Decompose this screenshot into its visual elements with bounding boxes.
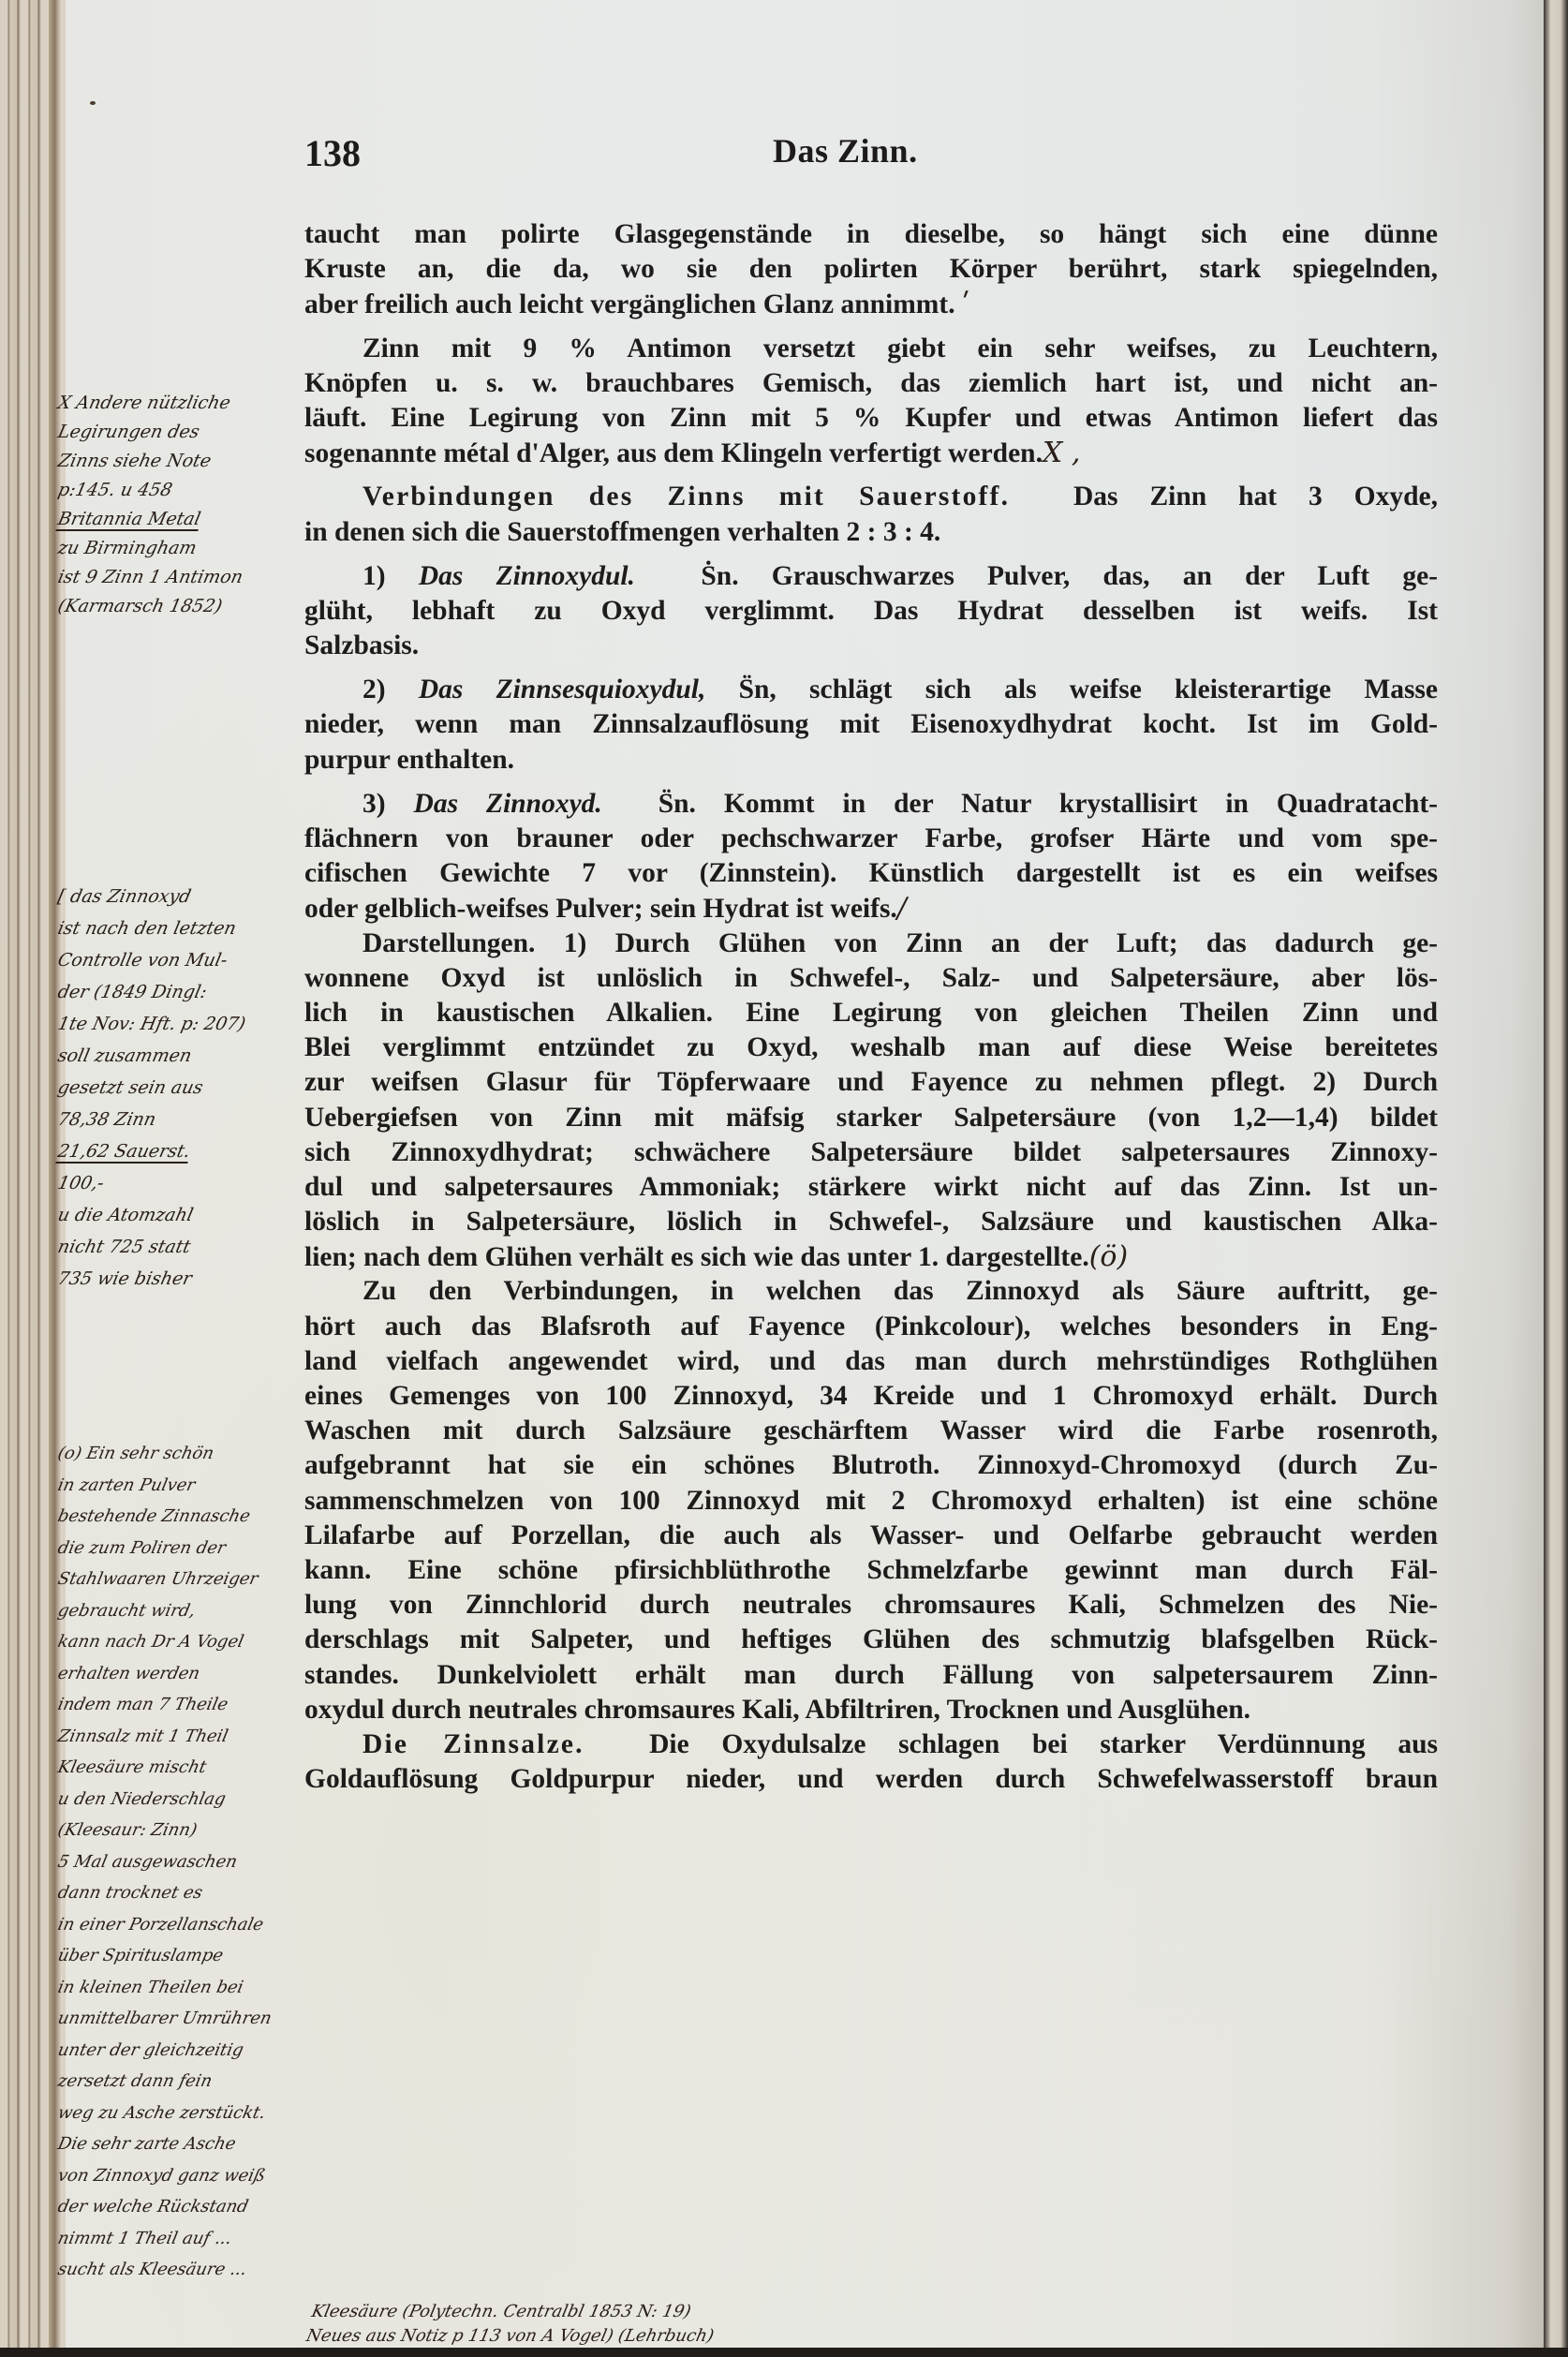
text-line: Darstellungen. 1) Durch Glühen von Zinn … [304,926,1438,961]
text-line: kann. Eine schöne pfirsichblüthrothe Sch… [304,1553,1438,1588]
text-line: in denen sich die Sauerstoffmengen verha… [304,515,1438,550]
text-fragment: lien; nach dem Glühen verhält es sich wi… [304,1242,1089,1272]
margin-note-zinnoxyd: [ das Zinnoxyd ist nach den letzten Cont… [58,881,311,1295]
note-line: erhalten werden [54,1658,314,1690]
note-line: nimmt 1 Theil auf ... [54,2223,314,2255]
note-line: [ das Zinnoxyd [54,881,314,912]
note-line: (Karmarsch 1852) [55,592,315,621]
note-line: unter der gleichzeitig [54,2035,314,2067]
note-line: (Kleesaur: Zinn) [54,1815,314,1846]
item-term: Das Zinnoxydul. [419,561,635,591]
text-fragment: aber freilich auch leicht vergänglichen … [304,289,955,319]
note-line: Zinns siehe Note [55,447,315,476]
text-line: 3) Das Zinnoxyd. S̈n. Kommt in der Natur… [304,787,1438,822]
note-line: soll zusammen [54,1040,314,1072]
text-fragment: sogenannte métal d'Alger, aus dem Klinge… [304,438,1043,468]
text-line: sich Zinnoxydhydrat; schwächere Salpeter… [304,1135,1438,1170]
text-line: 2) Das Zinnsesquioxydul, S̈n, schlägt si… [304,673,1438,707]
margin-note-footer: Kleesäure (Polytechn. Centralbl 1853 N: … [303,2300,721,2349]
note-line: (o) Ein sehr schön [54,1438,314,1470]
note-line: X Andere nützliche [55,389,315,418]
text-fragment: S̈n, schlägt sich als weifse kleisterart… [739,674,1438,704]
page-header: 138 Das Zinn. [304,131,1438,187]
note-line: sucht als Kleesäure ... [54,2254,314,2286]
text-line: lien; nach dem Glühen verhält es sich wi… [304,1239,1438,1274]
text-fragment: Die Oxydulsalze schlagen bei starker Ver… [649,1729,1438,1759]
text-line: 1) Das Zinnoxydul. Ṡn. Grauschwarzes Pul… [304,559,1438,594]
text-line: taucht man polirte Glasgegenstände in di… [304,217,1438,252]
note-line: bestehende Zinnasche [54,1501,314,1533]
text-fragment: oder gelblich-weifses Pulver; sein Hydra… [304,894,897,924]
note-line: unmittelbarer Umrühren [54,2003,314,2035]
body-text: taucht man polirte Glasgegenstände in di… [304,217,1438,1797]
note-line: Stahlwaaren Uhrzeiger [54,1564,314,1595]
note-line: Zinnsalz mit 1 Theil [54,1721,314,1753]
text-line: oder gelblich-weifses Pulver; sein Hydra… [304,891,1438,926]
note-line: gesetzt sein aus [54,1072,314,1104]
note-line: indem man 7 Theile [54,1689,314,1721]
section-heading-line: Die Zinnsalze. Die Oxydulsalze schlagen … [304,1727,1438,1762]
note-line: der (1849 Dingl: [54,976,314,1008]
note-line: 735 wie bisher [54,1263,314,1295]
note-line: ist nach den letzten [54,912,314,944]
note-line: gebraucht wird, [54,1595,314,1627]
handwritten-reference-mark: (ö) [1089,1240,1128,1273]
note-line: Legirungen des [55,418,315,447]
text-fragment: Das Zinn hat 3 Oxyde, [1073,482,1438,511]
text-line: Uebergiefsen von Zinn mit mäfsig starker… [304,1101,1438,1135]
handwritten-cross-mark: X , [1043,437,1080,469]
margin-note-legirungen: X Andere nützliche Legirungen des Zinns … [58,389,311,621]
text-line: sammenschmelzen von 100 Zinnoxyd mit 2 C… [304,1484,1438,1519]
note-line: von Zinnoxyd ganz weiß [54,2160,314,2192]
text-line: derschlags mit Salpeter, und heftiges Gl… [304,1623,1438,1657]
text-line: land vielfach angewendet wird, und das m… [304,1344,1438,1379]
item-term: Das Zinnsesquioxydul, [419,674,706,704]
section-heading: Verbindungen des Zinns mit Sauerstoff. [362,482,1010,511]
note-line: 5 Mal ausgewaschen [54,1846,314,1878]
note-line: in einer Porzellanschale [54,1909,314,1941]
text-line: lich in kaustischen Alkalien. Eine Legir… [304,996,1438,1030]
text-line: flächnern von brauner oder pechschwarzer… [304,822,1438,856]
note-line: Neues aus Notiz p 113 von A Vogel) (Lehr… [303,2324,716,2349]
text-line: Zinn mit 9 % Antimon versetzt giebt ein … [304,332,1438,366]
page-number: 138 [304,131,361,175]
text-line: oxydul durch neutrales chromsaures Kali,… [304,1693,1438,1727]
item-term: Das Zinnoxyd. [414,789,602,819]
text-line: glüht, lebhaft zu Oxyd verglimmt. Das Hy… [304,594,1438,629]
section-heading-line: Verbindungen des Zinns mit Sauerstoff. D… [304,480,1438,514]
note-line-underlined: 21,62 Sauerst. [55,1141,192,1164]
note-line: Die sehr zarte Asche [54,2128,314,2160]
item-number: 1) [362,561,386,591]
running-title: Das Zinn. [773,131,918,170]
right-page-edge [1544,0,1568,2357]
note-line: die zum Poliren der [54,1533,314,1564]
text-line: Goldauflösung Goldpurpur nieder, und wer… [304,1762,1438,1797]
note-line: zu Birmingham [55,534,315,563]
note-line-underlined: Britannia Metal [55,509,202,531]
item-number: 3) [362,789,386,819]
text-line: zur weifsen Glasur für Töpferwaare und F… [304,1065,1438,1100]
text-line: Lilafarbe auf Porzellan, die auch als Wa… [304,1519,1438,1553]
margin-note-zinnasche: (o) Ein sehr schön in zarten Pulver best… [58,1438,311,2286]
text-line: dul und salpetersaures Ammoniak; stärker… [304,1170,1438,1205]
note-line: der welche Rückstand [54,2191,314,2223]
note-line: dann trocknet es [54,1877,314,1909]
text-line: hört auch das Blafsroth auf Fayence (Pin… [304,1310,1438,1344]
text-line: Waschen mit durch Salzsäure geschärftem … [304,1414,1438,1448]
note-line: in zarten Pulver [54,1470,314,1502]
text-fragment: S̈n. Kommt in der Natur krystallisirt in… [658,789,1438,819]
text-line: standes. Dunkelviolett erhält man durch … [304,1658,1438,1693]
note-line: Kleesäure mischt [54,1752,314,1784]
item-number: 2) [362,674,386,704]
note-line: weg zu Asche zerstückt. [54,2098,314,2129]
text-line: nieder, wenn man Zinnsalzauflösung mit E… [304,707,1438,742]
note-line: u die Atomzahl [54,1199,314,1231]
text-line: aufgebrannt hat sie ein schönes Blutroth… [304,1448,1438,1483]
paper-speck [90,101,96,105]
text-line: Blei verglimmt entzündet zu Oxyd, weshal… [304,1030,1438,1065]
text-line: Zu den Verbindungen, in welchen das Zinn… [304,1274,1438,1309]
text-line: läuft. Eine Legirung von Zinn mit 5 % Ku… [304,401,1438,436]
note-line: p:145. u 458 [55,476,315,505]
text-line: aber freilich auch leicht vergänglichen … [304,287,1438,321]
text-line: wonnene Oxyd ist unlöslich in Schwefel-,… [304,961,1438,996]
text-line: purpur enthalten. [304,743,1438,778]
note-line: nicht 725 statt [54,1231,314,1263]
text-line: cifischen Gewichte 7 vor (Zinnstein). Kü… [304,856,1438,891]
note-line: über Spirituslampe [54,1940,314,1972]
note-line: zersetzt dann fein [54,2066,314,2098]
note-line: 1te Nov: Hft. p: 207) [54,1008,314,1040]
note-line: kann nach Dr A Vogel [54,1626,314,1658]
text-line: Kruste an, die da, wo sie den polirten K… [304,252,1438,287]
note-line: 100,- [54,1167,314,1199]
note-line: in kleinen Theilen bei [54,1972,314,2004]
section-heading: Die Zinnsalze. [362,1729,584,1759]
bottom-page-edge [0,2348,1568,2357]
note-line: ist 9 Zinn 1 Antimon [55,563,315,592]
text-fragment: Ṡn. Grauschwarzes Pulver, das, an der Lu… [701,561,1438,591]
note-line: Kleesäure (Polytechn. Centralbl 1853 N: … [309,2300,721,2324]
text-line: sogenannte métal d'Alger, aus dem Klinge… [304,436,1438,470]
note-line: u den Niederschlag [54,1784,314,1816]
handwritten-mark: ʹ [962,288,969,320]
note-line: Controlle von Mul- [54,944,314,976]
note-line: 78,38 Zinn [54,1104,314,1135]
handwritten-slash-mark: / [897,892,907,925]
text-line: Salzbasis. [304,629,1438,663]
text-line: lung von Zinnchlorid durch neutrales chr… [304,1588,1438,1623]
text-line: eines Gemenges von 100 Zinnoxyd, 34 Krei… [304,1379,1438,1414]
text-line: löslich in Salpetersäure, löslich in Sch… [304,1205,1438,1239]
text-line: Knöpfen u. s. w. brauchbares Gemisch, da… [304,366,1438,401]
